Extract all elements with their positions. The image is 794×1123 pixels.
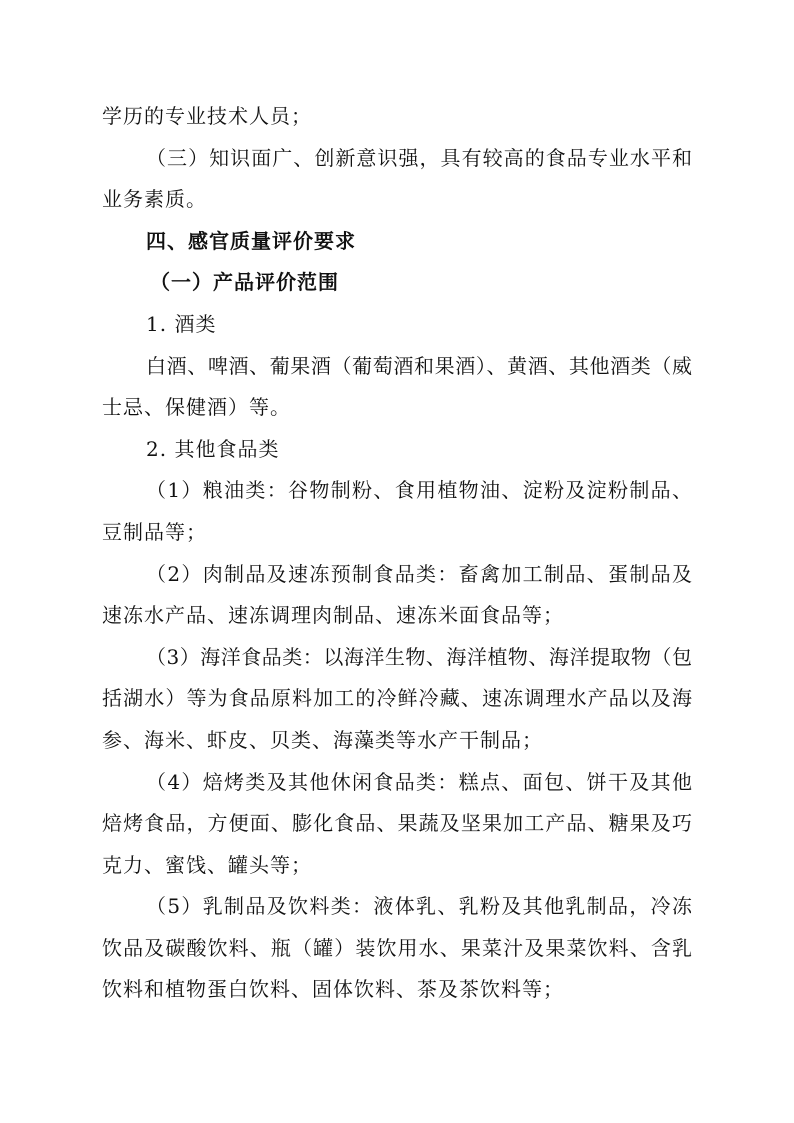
paragraph-line: 豆制品等；: [102, 512, 692, 554]
subsection-heading: （一）产品评价范围: [102, 262, 692, 304]
paragraph-line: 学历的专业技术人员；: [102, 96, 692, 138]
paragraph-line: 克力、蜜饯、罐头等；: [102, 845, 692, 887]
paragraph-line: 速冻水产品、速冻调理肉制品、速冻米面食品等；: [102, 595, 692, 637]
paragraph-line: （3）海洋食品类：以海洋生物、海洋植物、海洋提取物（包: [102, 637, 692, 679]
paragraph-line: 业务素质。: [102, 179, 692, 221]
paragraph-line: 饮品及碳酸饮料、瓶（罐）装饮用水、果菜汁及果菜饮料、含乳: [102, 928, 692, 970]
paragraph-line: 白酒、啤酒、葡果酒（葡萄酒和果酒）、黄酒、其他酒类（威: [102, 346, 692, 388]
paragraph-line: 参、海米、虾皮、贝类、海藻类等水产干制品；: [102, 720, 692, 762]
section-heading: 四、感官质量评价要求: [102, 221, 692, 263]
paragraph-line: （三）知识面广、创新意识强，具有较高的食品专业水平和: [102, 138, 692, 180]
list-item-heading: 2. 其他食品类: [102, 429, 692, 471]
paragraph-line: 饮料和植物蛋白饮料、固体饮料、茶及茶饮料等；: [102, 969, 692, 1011]
paragraph-line: 焙烤食品，方便面、膨化食品、果蔬及坚果加工产品、糖果及巧: [102, 803, 692, 845]
paragraph-line: （1）粮油类：谷物制粉、食用植物油、淀粉及淀粉制品、: [102, 470, 692, 512]
paragraph-line: 括湖水）等为食品原料加工的冷鲜冷藏、速冻调理水产品以及海: [102, 678, 692, 720]
list-item-heading: 1. 酒类: [102, 304, 692, 346]
paragraph-line: 士忌、保健酒）等。: [102, 387, 692, 429]
document-page: 学历的专业技术人员； （三）知识面广、创新意识强，具有较高的食品专业水平和 业务…: [102, 96, 692, 1011]
paragraph-line: （4）焙烤类及其他休闲食品类：糕点、面包、饼干及其他: [102, 762, 692, 804]
paragraph-line: （5）乳制品及饮料类：液体乳、乳粉及其他乳制品，冷冻: [102, 886, 692, 928]
paragraph-line: （2）肉制品及速冻预制食品类：畜禽加工制品、蛋制品及: [102, 554, 692, 596]
